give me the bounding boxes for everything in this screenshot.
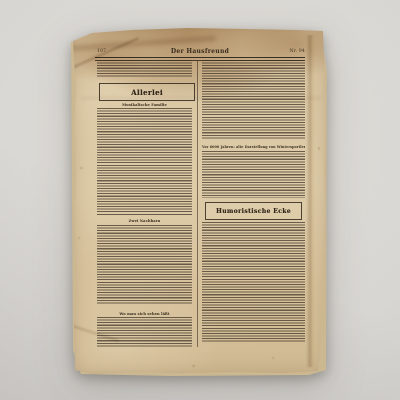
left-text-block-2 bbox=[97, 225, 192, 305]
left-section-title: Allerlei bbox=[131, 88, 163, 97]
left-subheading-1: Musikalische Familie bbox=[97, 103, 192, 107]
photo-background: 107 Der Hausfreund Nr. 94 Allerlei Musik… bbox=[0, 0, 400, 400]
left-intro-text-block bbox=[97, 60, 192, 77]
right-text-block-3 bbox=[202, 222, 305, 343]
newspaper-page: 107 Der Hausfreund Nr. 94 Allerlei Musik… bbox=[72, 27, 328, 375]
left-text-block-1 bbox=[97, 108, 192, 216]
left-text-block-3 bbox=[97, 317, 192, 347]
foxing-spot bbox=[80, 167, 83, 169]
right-text-block-1 bbox=[202, 60, 305, 140]
left-subheading-2: Zwei Nachbarn bbox=[97, 219, 192, 223]
right-subheading-1: Vor 6000 Jahren: alte Darstellung von Wi… bbox=[202, 145, 305, 149]
right-section-title: Humoristische Ecke bbox=[216, 208, 291, 215]
foxing-spot bbox=[318, 147, 320, 150]
left-section-box: Allerlei bbox=[99, 83, 195, 101]
masthead-title: Der Hausfreund bbox=[95, 48, 305, 55]
paper-sheet: 107 Der Hausfreund Nr. 94 Allerlei Musik… bbox=[72, 27, 328, 375]
issue-number: Nr. 94 bbox=[290, 49, 305, 54]
left-subheading-3: Wo man sich sehen läßt bbox=[97, 312, 192, 316]
foxing-spot bbox=[192, 365, 195, 367]
page-content: 107 Der Hausfreund Nr. 94 Allerlei Musik… bbox=[72, 27, 328, 375]
foxing-spot bbox=[272, 357, 274, 359]
column-divider-rule bbox=[197, 60, 198, 347]
foxing-spot bbox=[78, 237, 80, 239]
right-section-box: Humoristische Ecke bbox=[205, 202, 302, 220]
right-text-block-2 bbox=[202, 151, 305, 198]
